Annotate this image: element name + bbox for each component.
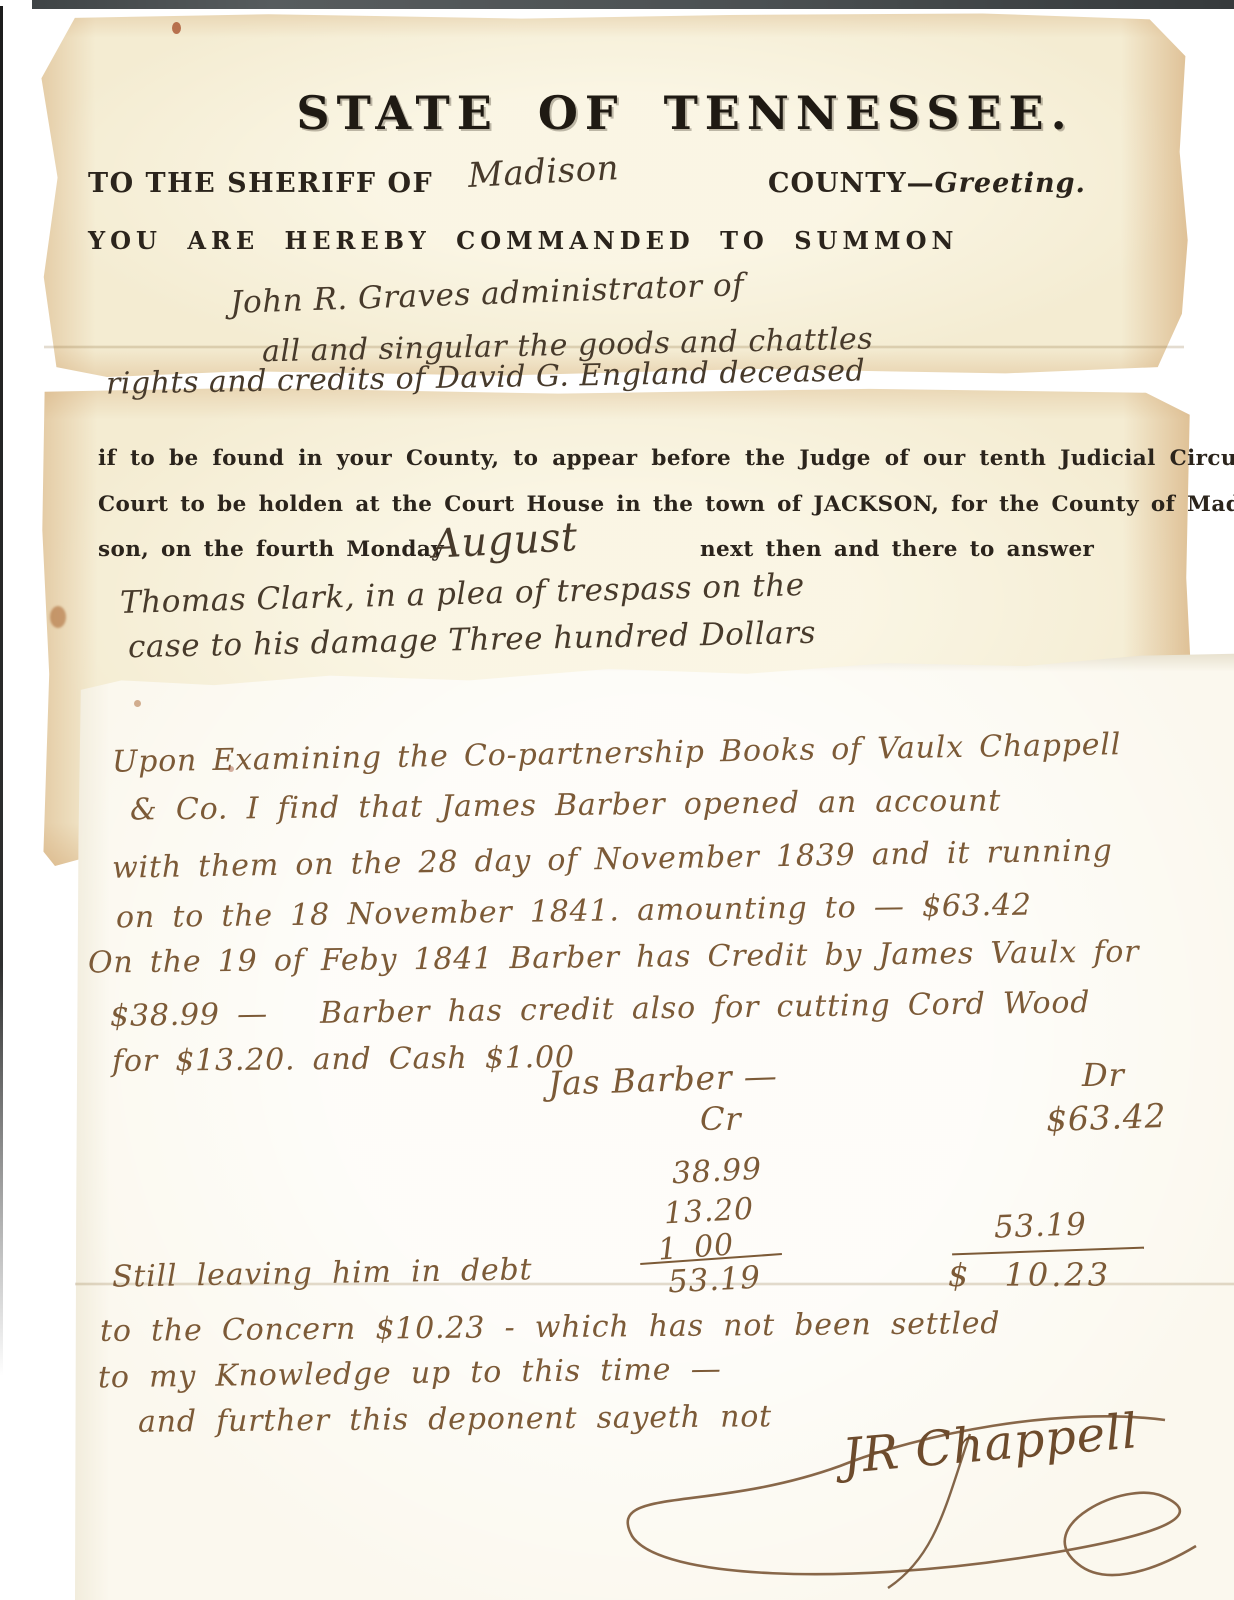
month-handwritten: August [431,514,579,568]
body-line-3-prefix: son, on the fourth Monday [98,537,444,562]
account-cr-label: Cr [700,1100,741,1138]
foxing-spot [50,606,66,628]
account-credit-2: 13.20 [663,1192,755,1232]
sheriff-county-handwritten: Madison [467,148,620,196]
account-name: Jas Barber — [547,1056,778,1103]
foxing-spot [172,22,181,34]
scan-edge-left [0,6,3,1376]
body-line-2: Court to be holden at the Court House in… [98,492,1234,517]
scanned-document: STATE OF TENNESSEE. TO THE SHERIFF OF Ma… [0,0,1234,1600]
foxing-spot [134,700,141,707]
command-line: YOU ARE HEREBY COMMANDED TO SUMMON [88,226,958,255]
account-credit-total: 53.19 [667,1260,762,1301]
account-balance-subtotal: 53.19 [993,1206,1087,1245]
summons-title: STATE OF TENNESSEE. [230,86,1140,140]
account-balance-due: $ 10.23 [948,1256,1111,1294]
greeting-label: Greeting. [935,168,1086,199]
signature-block: JR Chappell [590,1408,1234,1596]
account-credit-1: 38.99 [671,1152,763,1192]
body-line-3-suffix: next then and there to answer [700,537,1094,562]
account-dr-label: Dr [1082,1056,1125,1094]
foxing-spot [228,766,234,772]
closing-line-1: Still leaving him in debt [112,1252,533,1294]
body-line-1: if to be found in your County, to appear… [98,446,1234,471]
deposition-line-7: for $13.20. and Cash $1.00 [112,1040,575,1079]
scan-edge-top [32,0,1234,9]
account-dr-amount: $63.42 [1045,1096,1167,1139]
sheriff-line-prefix: TO THE SHERIFF OF [88,168,433,199]
sheriff-line-suffix: COUNTY—Greeting. [768,168,1086,199]
county-label: COUNTY— [768,168,935,199]
